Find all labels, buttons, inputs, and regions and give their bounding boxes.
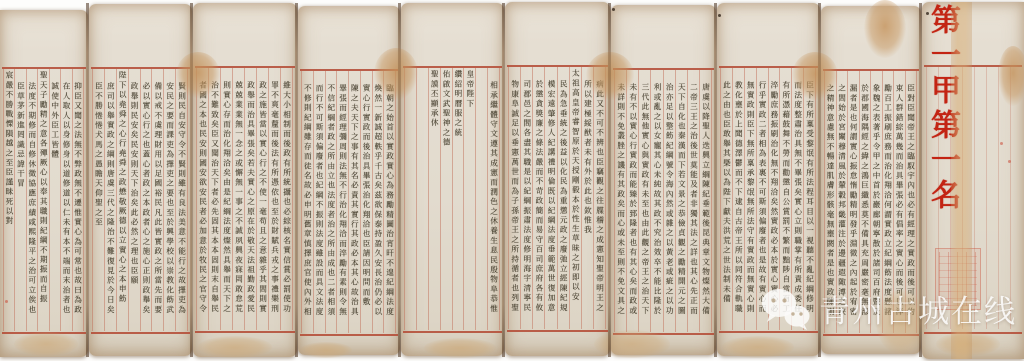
red-rule-bottom — [403, 331, 502, 333]
text-column: 唐虞以降聖人迭興立綱陳紀垂範後昆典章文物燦然大備 — [699, 70, 711, 332]
fold-crease — [190, 3, 193, 357]
fold-crease — [398, 3, 401, 357]
speck — [718, 14, 721, 17]
text-column: 維大小相制而後政有所統攝也必綜核名實信賞必罰使功 — [280, 68, 292, 330]
speck — [612, 8, 615, 11]
fold-crease — [714, 3, 717, 357]
text-column: 治亦足以整飭紀綱號令海內然或雜之以黃老或疵之以功 — [663, 70, 675, 332]
text-column: 佑啟文武聖神之德 — [440, 68, 452, 330]
fold-crease — [295, 3, 298, 357]
text-column: 司郡邑之間各盡其職是以紀綱振肅法度修明海宇清寧民 — [520, 67, 532, 329]
text-column: 而行不可斯須偏廢者也紀綱不振則法度雖設而具文法度 — [313, 71, 325, 333]
red-rule-bottom — [195, 331, 295, 333]
text-columns-area: 病此又不可不辨也臣竊觀之往牒稽之成憲知聖帝明王之所以建極綏猷者未有外於此也欽惟我… — [508, 67, 606, 329]
text-column: 未詳則不免叢脞之譏有其政矣而心或未至則不免文具之 — [614, 70, 626, 332]
text-column: 模宏遠肇修人紀講禮明倫既以紀綱法度垂範萬世復加意 — [544, 67, 556, 329]
text-column: 宸嚴不勝戰慄隕越之至臣謹昧死以對 — [3, 69, 14, 331]
text-columns-area: 臨朝之始首以實政實心為務勵精圖治宵旰不遑紀綱法度煥然一新誠超軼乎千古矣茲欲保泰持… — [301, 71, 396, 333]
text-columns-area: 賢則民自安守令不賢則雖有良法美意不能行之故擇吏為安民之要而課吏為擇吏之要也至於興… — [92, 69, 188, 331]
manuscript-panel: 相承繼體守文遵其成憲而潤色之休養生息民殷物阜恭惟皇帝陛下纘紹明曆服之統佑啟文武聖… — [401, 3, 504, 356]
text-columns-area: 相承繼體守文遵其成憲而潤色之休養生息民殷物阜恭惟皇帝陛下纘紹明曆服之統佑啟文武聖… — [404, 68, 500, 330]
text-column — [404, 68, 416, 330]
text-column: 者國之本也民安則國安欲安民者必加意於牧民之官守令 — [196, 68, 208, 330]
speck — [926, 12, 929, 15]
text-column: 三代此無他實心與實政有未至也由此觀之帝王之治天下 — [638, 70, 650, 332]
red-rule-bottom — [719, 331, 818, 333]
text-column: 皇帝陛下 — [463, 68, 475, 330]
watermark-text: 青州古城在线 — [819, 286, 1017, 331]
red-mark — [5, 300, 8, 303]
text-column: 安民之要而課吏為擇吏之要也至於興學校以崇教化飭武 — [163, 69, 175, 331]
text-column: 民為急垂統之後益以化民為重懲元政之廢弛立經陳紀規 — [557, 67, 569, 329]
text-column: 政舉而治具畢張矣若夫實心之原在於敬天法祖勤政愛民 — [244, 68, 256, 330]
manuscript-panel: 唐虞以降聖人迭興立綱陳紀垂範後昆典章文物燦然大備二帝三王之治後世莫能及者非獨其法… — [611, 5, 716, 355]
text-column: 陛下以堯舜之心行堯舜之政懋敬厥德以立實心之本申飭 — [116, 69, 128, 331]
red-rule-bottom — [507, 330, 608, 332]
text-columns-area: 維大小相制而後政有所統攝也必綜核名實信賞必罰使功罪不爽毫釐而後法有所憑依也至於財… — [196, 68, 293, 330]
text-column: 陳之夫天下之事有其名必責其實行其政必本其心故治具 — [348, 71, 360, 333]
text-column: 未有不以實心行實政而能臻於郅隆者也有其心矣而政或 — [626, 70, 638, 332]
text-column: 誠使中外臣工皆體 — [49, 69, 60, 331]
red-mark — [1000, 142, 1003, 145]
manuscript-panel: 維大小相制而後政有所統攝也必綜核名實信賞必罰使功罪不爽毫釐而後法有所憑依也至於財… — [193, 3, 297, 357]
red-rule-bottom — [300, 334, 398, 336]
text-column: 在人取人以身修身以道修道以仁未有本不端而末治者也 — [60, 69, 71, 331]
text-column: 必以實心行之也蓋心者政之本政者心之施心正則政舉矣 — [140, 69, 152, 331]
text-column: 實心行實政而後治具畢張治化翔洽也臣請因明問而敷 — [360, 71, 372, 333]
text-column: 治不難致矣臣又聞治天下者必先固其本本固則末自舉民 — [208, 68, 220, 330]
manuscript-panel: 病此又不可不辨也臣竊觀之往牒稽之成憲知聖帝明王之所以建極綏猷者未有外於此也欽惟我… — [505, 2, 610, 356]
text-column: 相承繼體守文遵其成憲而潤色之休養生息民殷物阜恭惟 — [487, 68, 499, 330]
text-column: 天下自化也秦漢而下若文景之恭儉貞觀之勵精開元之圖 — [675, 70, 687, 332]
text-column: 利或亂之以女寵其心未純故其政不究治效卒不能比隆於 — [650, 70, 662, 332]
text-column: 畢張而經理彌周則法無不行治化翔洽而淬勵有素則令無 — [336, 71, 348, 333]
text-column: 於懲貪獎廉之條法嚴而不苛政簡而易守百司庶府各有攸 — [532, 67, 544, 329]
text-column: 教化壅於上聞德澤鬱而不下逮自古帝王所以同符合軌職 — [732, 68, 744, 330]
text-column: 無實政則臣下無所稟承黎氓無所法守有實政而無實心則 — [744, 68, 756, 330]
fold-crease — [608, 3, 611, 357]
watermark: 青州古城在线 — [760, 286, 1017, 331]
text-column — [475, 68, 487, 330]
manuscript-panel: 賢則民自安守令不賢則雖有良法美意不能行之故擇吏為安民之要而課吏為擇吏之要也至於興… — [89, 4, 192, 356]
examination-scroll-photo: 抑臣又聞之法無不弊政無不遷惟實心為可常也故曰為政在人取人以身修身以道修道以仁未有… — [0, 0, 1024, 361]
manuscript-panel: 臨朝之始首以實政實心為務勵精圖治宵旰不遑紀綱法度煥然一新誠超軼乎千古矣茲欲保泰持… — [298, 6, 400, 355]
text-column: 物康阜誠足以垂憲萬世而為子孫帝王之所持循者也列聖 — [508, 67, 520, 329]
fold-crease — [86, 3, 89, 357]
red-rule-bottom — [924, 332, 1022, 334]
red-rule-bottom — [613, 333, 714, 335]
text-column: 所以建極綏猷者未有外於此也欽惟我 — [581, 67, 593, 329]
manuscript-panel: 抑臣又聞之法無不弊政無不遷惟實心為可常也故曰為政在人取人以身修身以道修道以仁未有… — [0, 10, 88, 357]
text-column: 政之施皆當以實心行之不使一毫苟且之意雜乎其間則實 — [256, 68, 268, 330]
red-mark — [1008, 160, 1011, 163]
fold-crease — [502, 3, 505, 357]
text-columns-area: 唐虞以降聖人迭興立綱陳紀垂範後昆典章文物燦然大備二帝三王之治後世莫能及者非獨其法… — [614, 70, 712, 332]
text-column: 纘紹明曆服之統 — [452, 68, 464, 330]
text-column: 備以戒不虞理財用以足國裕民凡此皆實政之所當先而要 — [151, 69, 163, 331]
text-columns-area: 抑臣又聞之法無不弊政無不遷惟實心為可常也故曰為政在人取人以身修身以道修道以仁未有… — [3, 69, 84, 331]
text-column: 聖天子勵精之意各殫厥心以奉其職則紀綱不期振而自振 — [37, 69, 48, 331]
text-column: 罪不爽毫釐而後法有所憑依也至於財賦兵戎之事禮樂刑 — [268, 68, 280, 330]
text-column: 此之由也臣敢舉其槩以為陛下獻夫洪荒之世法制未備 — [720, 68, 732, 330]
text-column: 不信紀綱者政之所由立也法度者治之所由成也二者相須 — [325, 71, 337, 333]
text-column: 則實心存而治化翔洽矣由是紀綱法度燦然具舉而天下之 — [220, 68, 232, 330]
text-column: 臣不勝惓惓犬馬之愚瞻天仰聖之至 — [92, 69, 104, 331]
text-column: 聖謨丕顯承休 — [428, 68, 440, 330]
text-column: 兢兢業業無一念之或懈無一事之不誠夙興夜寐罔敢怠荒 — [232, 68, 244, 330]
text-column: 病此又不可不辨也臣竊觀之往牒稽之成憲知聖帝明王之 — [593, 67, 605, 329]
red-rule-bottom — [91, 332, 190, 334]
text-column: 政舉則民安矣民安則天下治矣此必然之理也臣願 — [128, 69, 140, 331]
text-column: 太祖高皇帝睿智原於天授剛毅本於性生草昧之初即以安 — [569, 67, 581, 329]
text-column — [416, 68, 428, 330]
red-rule-bottom — [823, 334, 919, 336]
text-column: 二帝三王之治後世莫能及者非獨其法之詳也其心先正而 — [687, 70, 699, 332]
text-column: 臨朝之始首以實政實心為務勵精圖治宵旰不遑紀綱法度 — [383, 71, 395, 333]
text-column: 煥然一新誠超軼乎千古矣茲欲保泰持盈久安長治仍必以 — [372, 71, 384, 333]
wechat-icon — [760, 287, 812, 331]
red-rule-bottom — [2, 332, 86, 334]
text-column: 賢則民自安守令不賢則雖有良法美意不能行之故擇吏為 — [175, 69, 187, 331]
text-column: 法度不期修而自修休徵協應庶績咸熙隆平之治可立俟也 — [26, 69, 37, 331]
text-column: 庶司以舉實政之綱則唐虞三代之隆治不難復見於今日矣 — [104, 69, 116, 331]
text-column: 不修則紀綱雖存而徒名故必申明舊章慎擇庶官使內外相 — [301, 71, 313, 333]
text-column: 抑臣又聞之法無不弊政無不遷惟實心為可常也故曰為政 — [72, 69, 83, 331]
text-column: 臣草茅新進罔識忌諱干冒 — [14, 69, 25, 331]
